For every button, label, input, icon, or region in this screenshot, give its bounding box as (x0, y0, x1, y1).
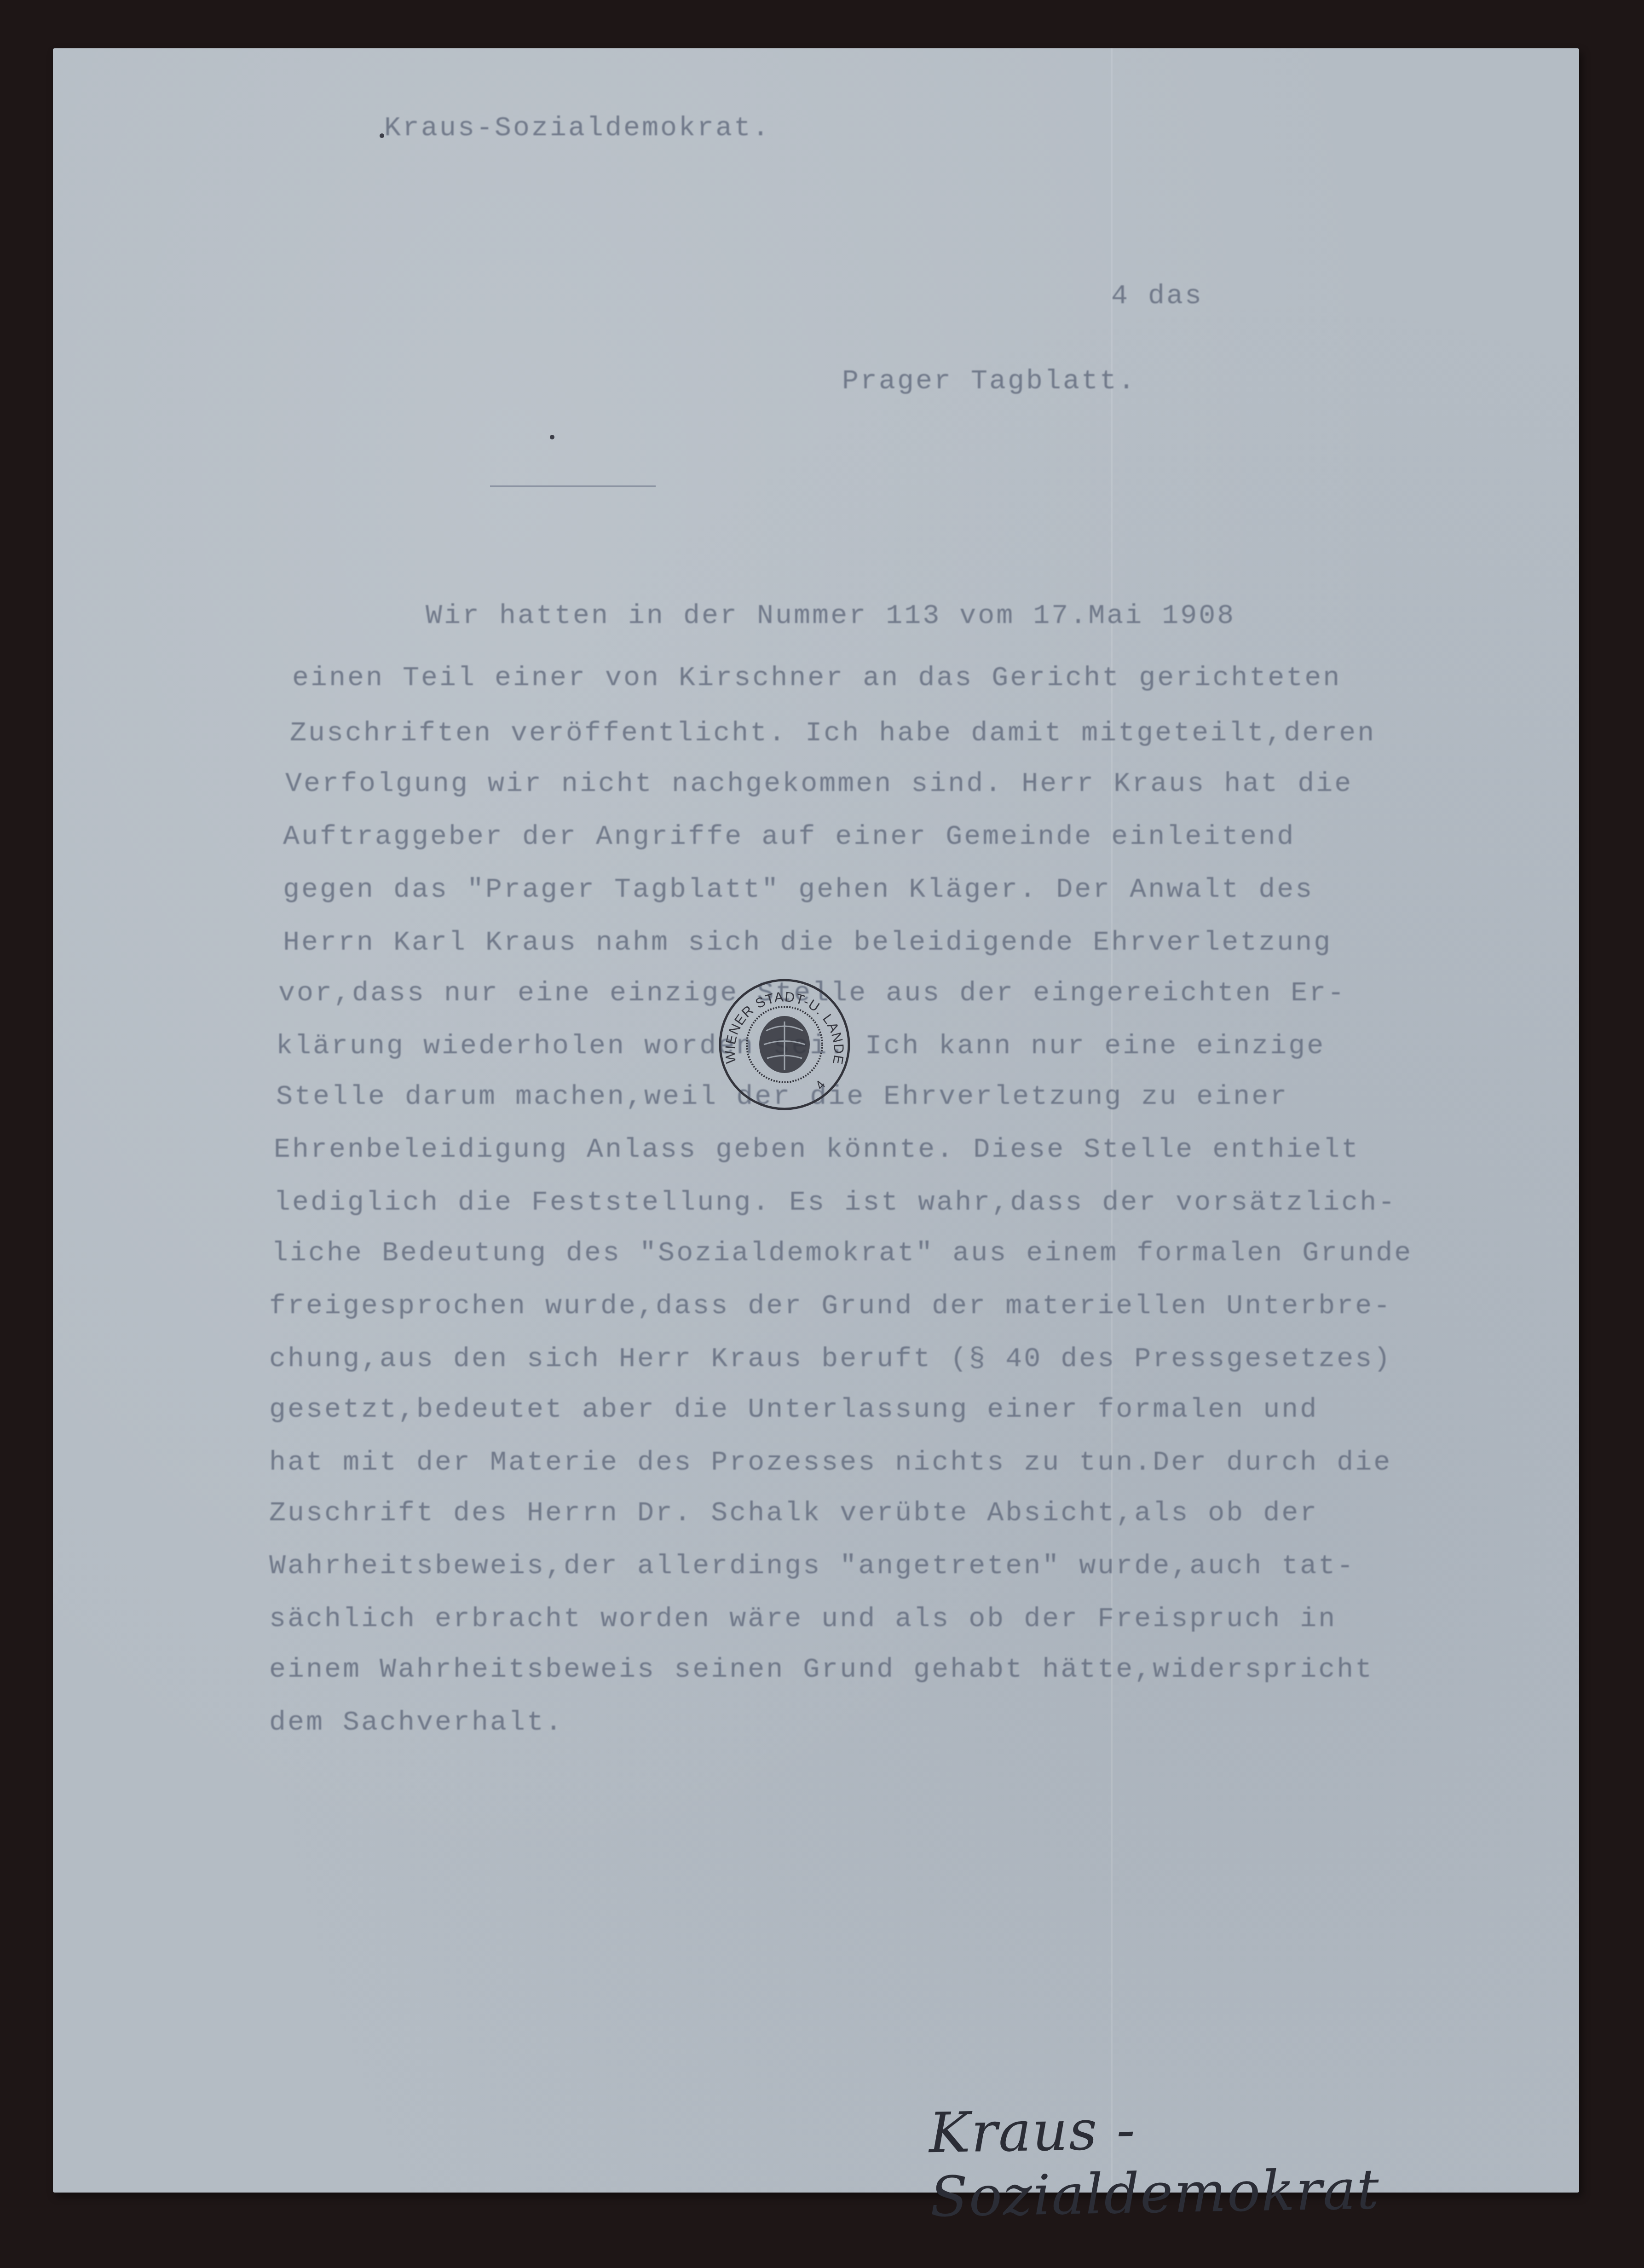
body-line: einem Wahrheitsbeweis seinen Grund gehab… (269, 1654, 1373, 1685)
body-line: gegen das "Prager Tagblatt" gehen Kläger… (283, 874, 1314, 906)
header-title: Kraus-Sozialdemokrat. (384, 113, 771, 144)
body-line: Wahrheitsbeweis,der allerdings "angetret… (269, 1551, 1355, 1582)
body-line: Herrn Karl Kraus nahm sich die beleidige… (283, 927, 1332, 958)
body-line: Wir hatten in der Nummer 113 vom 17.Mai … (426, 600, 1235, 632)
newspaper-title: Prager Tagblatt. (842, 366, 1136, 397)
svg-text:4: 4 (813, 1078, 828, 1092)
library-stamp-icon: WIENER STADT-U. LANDESBIBL. 4 (715, 975, 854, 1114)
body-line: Auftraggeber der Angriffe auf einer Geme… (283, 821, 1295, 853)
body-line: Ehrenbeleidigung Anlass geben könnte. Di… (274, 1134, 1360, 1166)
body-line: einen Teil einer von Kirschner an das Ge… (292, 663, 1341, 694)
body-line: liche Bedeutung des "Sozialdemokrat" aus… (271, 1238, 1413, 1269)
body-line: dem Sachverhalt. (269, 1707, 564, 1738)
handwritten-note: Kraus - Sozialdemokrat (929, 2090, 1581, 2230)
body-line: hat mit der Materie des Prozesses nichts… (269, 1447, 1392, 1478)
ink-dot (380, 133, 384, 138)
body-line: freigesprochen wurde,dass der Grund der … (269, 1291, 1392, 1322)
reference-number: 4 das (1111, 281, 1203, 312)
body-line: Verfolgung wir nicht nachgekommen sind. … (285, 768, 1353, 800)
heading-rule (490, 485, 656, 487)
body-line: sächlich erbracht worden wäre und als ob… (269, 1604, 1337, 1635)
body-line: gesetzt,bedeutet aber die Unterlassung e… (269, 1394, 1318, 1425)
body-line: lediglich die Feststellung. Es ist wahr,… (274, 1187, 1396, 1218)
document-page: Kraus-Sozialdemokrat. 4 das Prager Tagbl… (53, 48, 1579, 2193)
body-line: chung,aus den sich Herr Kraus beruft (§ … (269, 1344, 1392, 1375)
ink-dot (550, 435, 554, 439)
body-line: Zuschrift des Herrn Dr. Schalk verübte A… (269, 1498, 1318, 1529)
body-line: Zuschriften veröffentlicht. Ich habe dam… (290, 718, 1376, 749)
